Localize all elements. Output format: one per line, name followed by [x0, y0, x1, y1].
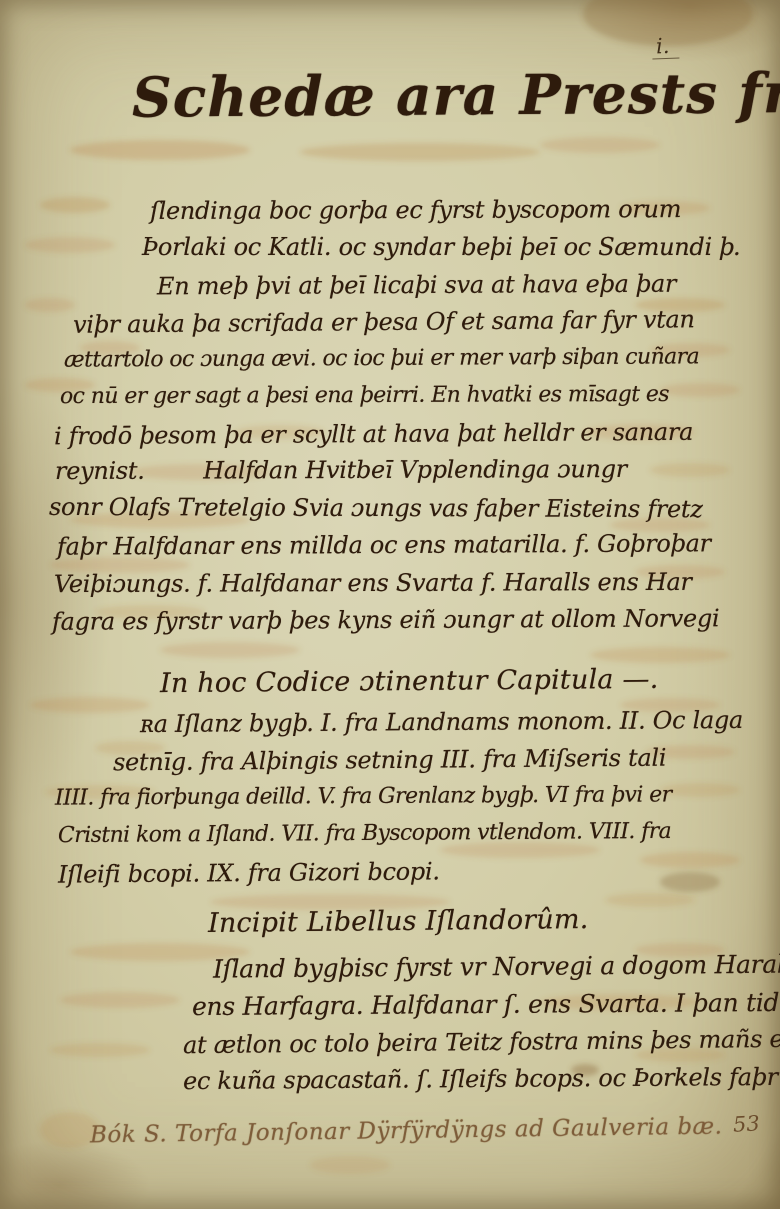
capitula-heading: In hoc Codice ɔtinentur Capitula —. [160, 664, 659, 699]
manuscript-line: reynist. Halfdan Hvitbeī Vpplendinga ɔun… [55, 455, 627, 485]
manuscript-line: Veiþiɔungs. f. Halfdanar ens Svarta f. H… [54, 568, 692, 598]
manuscript-page: i. Schedæ ara Prests fröda ſlendinga boc… [0, 0, 780, 1209]
manuscript-line: ec kuña spacastañ. ſ. Iſleifs bcops. oc … [183, 1063, 778, 1095]
page-number: 53 [732, 1111, 760, 1136]
manuscript-line: ʀa Iſlanz bygþ. I. fra Landnams monom. I… [140, 706, 743, 738]
manuscript-line: ſlendinga boc gorþa ec fyrst byscopom or… [150, 195, 681, 225]
manuscript-line: setnīg. fra Alþingis setning III. fra Mi… [113, 744, 666, 777]
manuscript-line: Cristni kom a Iſland. VII. fra Byscopom … [58, 819, 671, 848]
manuscript-line: at ætlon oc tolo þeira Teitz fostra mins… [183, 1025, 780, 1059]
manuscript-line: ens Harfagra. Halfdanar ſ. ens Svarta. I… [192, 988, 779, 1021]
manuscript-line: sonr Olafs Tretelgio Svia ɔungs vas faþe… [49, 493, 703, 523]
manuscript-line: Iſleifi bcopi. IX. fra Gizori bcopi. [58, 857, 440, 888]
manuscript-line: ættartolo oc ɔunga ævi. oc ioc þui er me… [64, 344, 699, 372]
manuscript-line: oc nū er ger sagt a þesi ena þeirri. En … [60, 382, 669, 409]
manuscript-line: i frodō þesom þa er scyllt at hava þat h… [54, 418, 693, 450]
manuscript-line: IIII. fra fiorþunga deilld. V. fra Grenl… [55, 782, 672, 810]
manuscript-line: Þorlaki oc Katli. oc syndar beþi þeī oc … [142, 233, 740, 261]
manuscript-line: faþr Halfdanar ens millda oc ens mataril… [57, 529, 711, 560]
manuscript-line: Iſland bygþisc fyrst vr Norvegi a dogom … [213, 949, 780, 983]
manuscript-line: En meþ þvi at þeī licaþi sva at hava eþa… [157, 270, 676, 301]
manuscript-line: viþr auka þa scrifada er þesa Of et sama… [73, 305, 695, 338]
folio-number: i. [652, 34, 680, 60]
ownership-inscription: Bók S. Torfa Jonſonar Dÿrfÿrdÿngs ad Gau… [90, 1114, 723, 1149]
incipit-heading: Incipit Libellus Iſlandorûm. [208, 904, 589, 939]
manuscript-line: fagra es fyrstr varþ þes kyns eiñ ɔungr … [52, 604, 720, 635]
manuscript-title: Schedæ ara Prests fröda [132, 59, 780, 129]
